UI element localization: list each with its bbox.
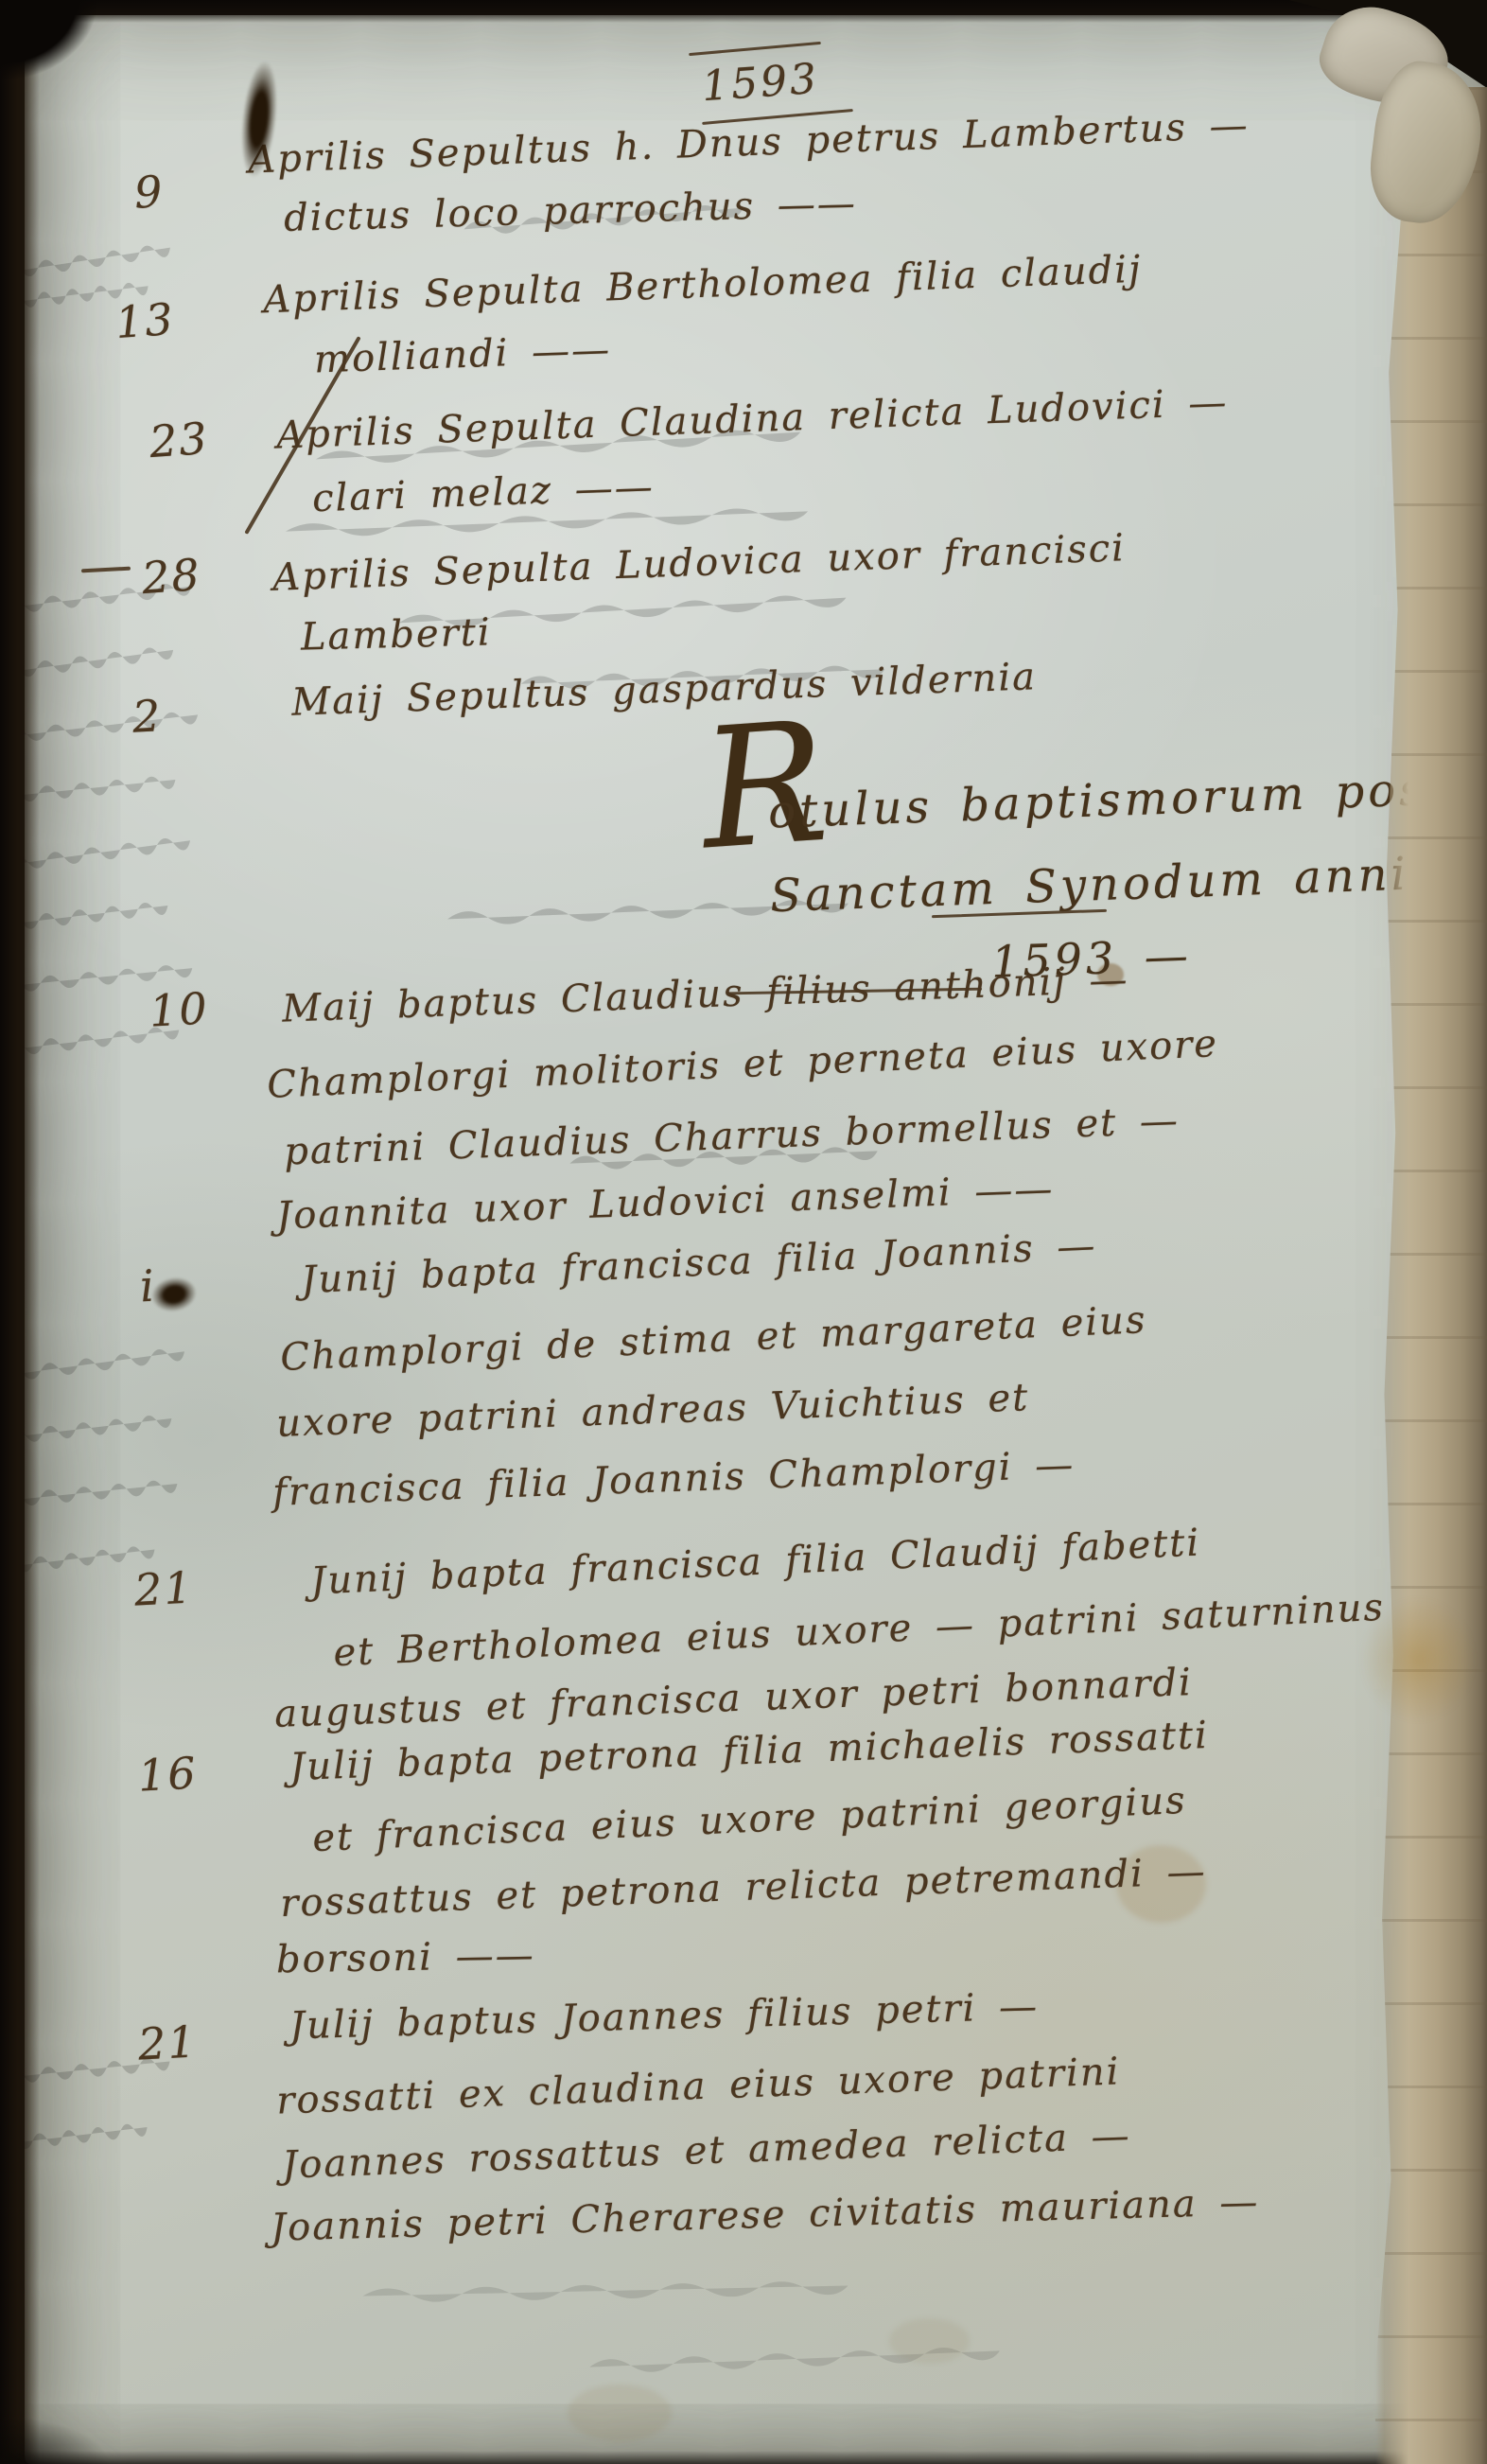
page-edge-stack <box>1375 87 1487 2464</box>
book-spine <box>0 0 40 2464</box>
baptism-entries: 10 Maij baptus Claudius filius anthonij … <box>0 0 1487 2464</box>
photo-background-bottom <box>0 2451 1487 2464</box>
manuscript-photo: 1593 9 Aprilis Sepultus h. Dnus petrus L… <box>0 0 1487 2464</box>
entry-day-number: 21 <box>137 2015 199 2069</box>
entry-line: rossatti ex claudina eius uxore patrini <box>275 2050 1121 2122</box>
entry-line: Joannis petri Cherarese civitatis mauria… <box>271 2180 1260 2249</box>
entry-line: Joannes rossattus et amedea relicta — <box>281 2114 1131 2187</box>
register-entry: 21 Julij baptus Joannes filius petri — r… <box>0 0 1487 2464</box>
entry-line: Julij baptus Joannes filius petri — <box>289 1985 1040 2049</box>
photo-background-corner <box>0 0 161 132</box>
photo-background-top <box>0 0 1487 23</box>
stain <box>1360 1597 1476 1722</box>
